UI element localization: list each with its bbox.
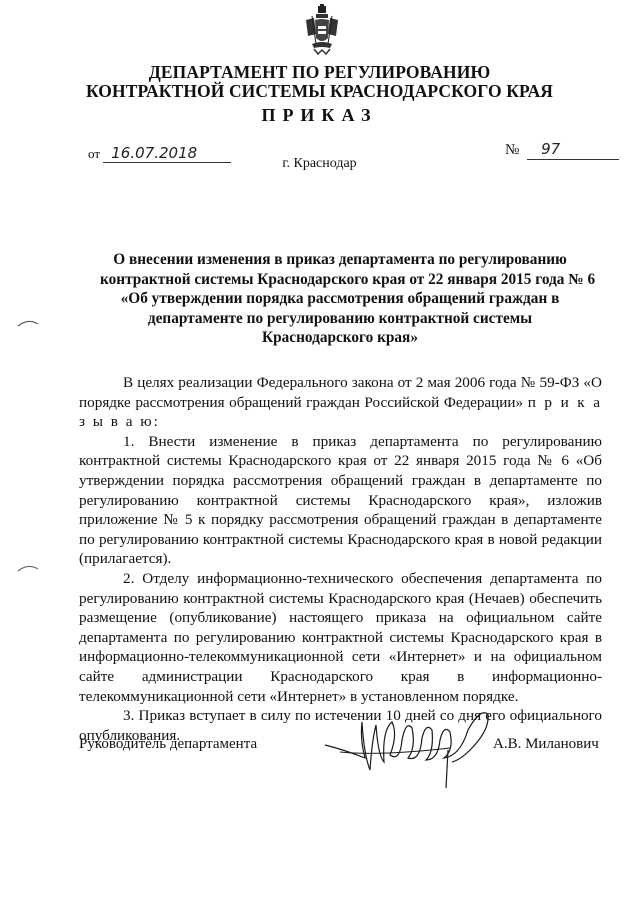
department-name-line1: ДЕПАРТАМЕНТ ПО РЕГУЛИРОВАНИЮ xyxy=(0,62,639,82)
coat-of-arms-icon xyxy=(302,4,342,56)
signatory-position: Руководитель департамента xyxy=(79,736,257,753)
preamble-paragraph: В целях реализации Федерального закона о… xyxy=(79,373,602,432)
city-label: г. Краснодар xyxy=(0,156,639,172)
subject-line: департаменте по регулированию контрактно… xyxy=(100,309,580,329)
subject-line: О внесении изменения в приказ департамен… xyxy=(100,250,580,270)
signatory-name: А.В. Миланович xyxy=(493,736,599,753)
punch-hole-mark-icon xyxy=(17,318,39,328)
clause-2: 2. Отделу информационно-технического обе… xyxy=(79,569,602,706)
handwritten-signature-icon xyxy=(320,700,500,790)
subject-line: «Об утверждении порядка рассмотрения обр… xyxy=(100,289,580,309)
document-type-title: ПРИКАЗ xyxy=(0,105,639,126)
preamble-text: В целях реализации Федерального закона о… xyxy=(79,374,602,411)
department-name-line2: КОНТРАКТНОЙ СИСТЕМЫ КРАСНОДАРСКОГО КРАЯ xyxy=(0,81,639,101)
document-body: В целях реализации Федерального закона о… xyxy=(79,373,602,745)
punch-hole-mark-icon xyxy=(17,563,39,573)
subject-line: Краснодарского края» xyxy=(100,328,580,348)
subject-line: контрактной системы Краснодарского края … xyxy=(100,270,580,290)
clause-1: 1. Внести изменение в приказ департамент… xyxy=(79,432,602,569)
document-subject: О внесении изменения в приказ департамен… xyxy=(100,250,580,348)
